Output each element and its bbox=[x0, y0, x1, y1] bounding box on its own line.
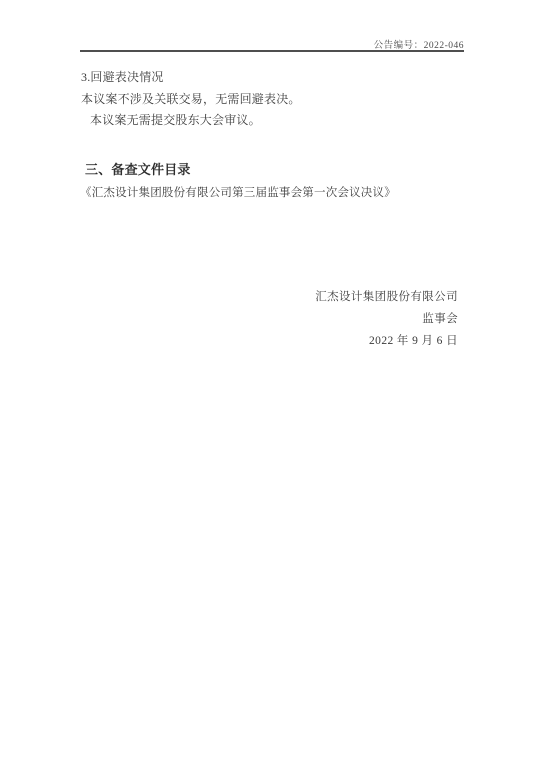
section-heading-reference-documents: 三、备查文件目录 bbox=[85, 159, 191, 178]
paragraph-no-related-transaction: 本议案不涉及关联交易，无需回避表决。 bbox=[81, 90, 301, 107]
signature-block: 汇杰设计集团股份有限公司 监事会 2022 年 9 月 6 日 bbox=[315, 286, 458, 352]
signature-date: 2022 年 9 月 6 日 bbox=[315, 330, 458, 352]
reference-document-item: 《汇杰设计集团股份有限公司第三届监事会第一次会议决议》 bbox=[80, 184, 396, 200]
signature-committee: 监事会 bbox=[315, 308, 458, 330]
item3-title: 3.回避表决情况 bbox=[81, 68, 164, 85]
announcement-page: 公告编号：2022-046 3.回避表决情况 本议案不涉及关联交易，无需回避表决… bbox=[0, 0, 545, 771]
paragraph-no-shareholder-meeting: 本议案无需提交股东大会审议。 bbox=[90, 111, 261, 128]
header-rule bbox=[80, 50, 464, 52]
announcement-number: 公告编号：2022-046 bbox=[374, 37, 464, 51]
signature-company: 汇杰设计集团股份有限公司 bbox=[315, 286, 458, 308]
